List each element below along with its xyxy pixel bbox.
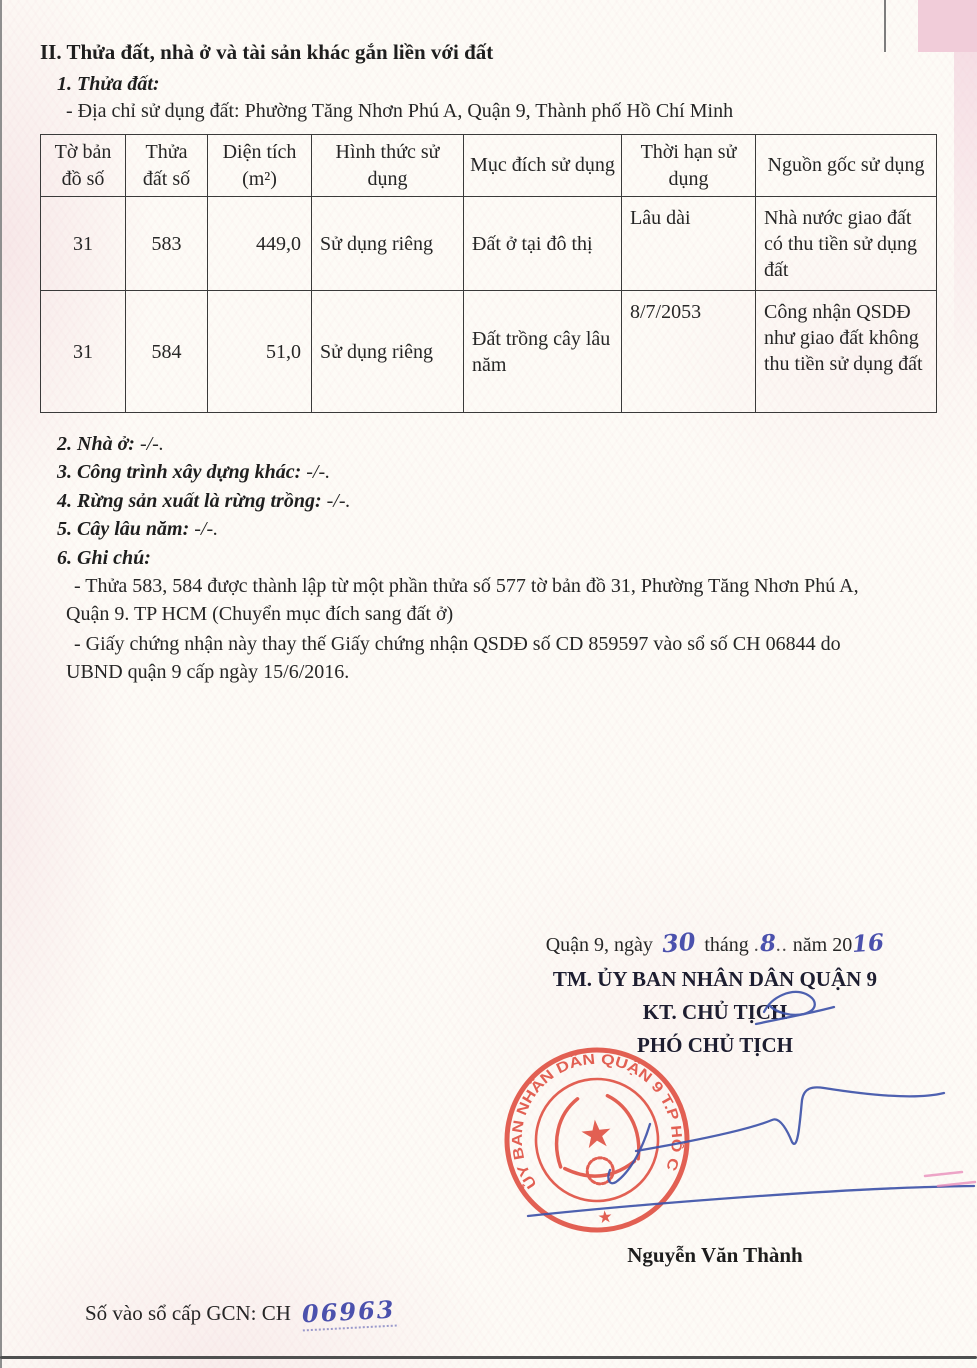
registration-line: Số vào sổ cấp GCN: CH 06963 <box>85 1297 396 1329</box>
scanned-land-certificate-page: II. Thửa đất, nhà ở và tài sản khác gắn … <box>0 0 977 1368</box>
section-3-label: 3. Công trình xây dựng khác: <box>57 461 301 483</box>
scan-edge-bottom <box>0 1356 977 1359</box>
section-ii-title: II. Thửa đất, nhà ở và tài sản khác gắn … <box>40 40 493 65</box>
emblem-star-icon: ★ <box>577 1112 615 1157</box>
section-2-label: 2. Nhà ở: <box>57 433 135 455</box>
col-header-area: Diện tích (m²) <box>208 135 312 197</box>
section-5-value: -/-. <box>194 518 218 540</box>
col-header-parcel-no: Thửa đất số <box>126 135 208 197</box>
section-6-label: 6. Ghi chú: <box>57 547 151 569</box>
handwritten-year: 16 <box>851 929 885 958</box>
handwritten-month: 8 <box>759 930 776 958</box>
cell-area: 51,0 <box>208 291 312 413</box>
note-parcel-origin: - Thửa 583, 584 được thành lập từ một ph… <box>66 572 892 628</box>
col-header-map-sheet: Tờ bản đồ số <box>41 135 126 197</box>
pink-scan-mark-2 <box>938 1182 975 1186</box>
cell-use-purpose: Đất ở tại đô thị <box>464 197 622 291</box>
cell-use-form: Sử dụng riêng <box>312 291 464 413</box>
col-header-use-purpose: Mục đích sử dụng <box>464 135 622 197</box>
scan-corner-pink-patch <box>918 0 977 52</box>
cell-use-term: 8/7/2053 <box>622 291 756 413</box>
seal-bottom-star-icon: ★ <box>597 1207 614 1227</box>
cell-origin: Công nhận QSDĐ như giao đất không thu ti… <box>756 291 937 413</box>
notes-block: - Thửa 583, 584 được thành lập từ một ph… <box>66 572 892 688</box>
section-2-house: 2. Nhà ở: -/-. <box>57 430 351 458</box>
col-header-origin: Nguồn gốc sử dụng <box>756 135 937 197</box>
kt-chairman-line: KT. CHỦ TỊCH <box>470 996 960 1029</box>
authority-line: TM. ỦY BAN NHÂN DÂN QUẬN 9 <box>470 963 960 996</box>
cell-map-sheet: 31 <box>41 197 126 291</box>
cell-parcel-no: 583 <box>126 197 208 291</box>
emblem-ribbon <box>565 1161 636 1179</box>
section-4-value: -/-. <box>327 490 351 512</box>
cell-parcel-no: 584 <box>126 291 208 413</box>
section-5-perennial: 5. Cây lâu năm: -/-. <box>57 515 351 543</box>
date-line: Quận 9, ngày 30 tháng .8.. năm 2016 <box>470 928 960 957</box>
date-year-prefix: năm 20 <box>793 934 852 956</box>
cell-use-form: Sử dụng riêng <box>312 197 464 291</box>
section-4-label: 4. Rừng sản xuất là rừng trồng: <box>57 490 322 512</box>
parcel-row-583: 31 583 449,0 Sử dụng riêng Đất ở tại đô … <box>41 197 937 291</box>
date-prefix: Quận 9, ngày <box>546 934 653 956</box>
section-4-forest: 4. Rừng sản xuất là rừng trồng: -/-. <box>57 487 351 515</box>
cell-map-sheet: 31 <box>41 291 126 413</box>
signature-block: Quận 9, ngày 30 tháng .8.. năm 2016 TM. … <box>470 928 960 1062</box>
official-red-seal: ỦY BAN NHÂN DÂN QUẬN 9 T.P HỒ CHÍ MINH ★… <box>500 1043 694 1237</box>
pink-scan-mark-1 <box>925 1172 962 1176</box>
note-certificate-replacement: - Giấy chứng nhận này thay thế Giấy chứn… <box>66 630 892 686</box>
cell-origin: Nhà nước giao đất có thu tiền sử dụng đấ… <box>756 197 937 291</box>
scan-right-pink-strip <box>954 52 977 372</box>
cell-use-purpose: Đất trồng cây lâu năm <box>464 291 622 413</box>
signer-name: Nguyễn Văn Thành <box>470 1243 960 1268</box>
land-address-line: - Địa chỉ sử dụng đất: Phường Tăng Nhơn … <box>66 100 733 123</box>
parcel-row-584: 31 584 51,0 Sử dụng riêng Đất trồng cây … <box>41 291 937 413</box>
section-3-value: -/-. <box>306 461 330 483</box>
handwritten-registration-number: 06963 <box>301 1295 396 1332</box>
col-header-use-form: Hình thức sử dụng <box>312 135 464 197</box>
section-2-value: -/-. <box>140 433 164 455</box>
cell-area: 449,0 <box>208 197 312 291</box>
month-dots-post: .. <box>776 934 788 956</box>
cell-use-term: Lâu dài <box>622 197 756 291</box>
parcel-table: Tờ bản đồ số Thửa đất số Diện tích (m²) … <box>40 134 937 413</box>
registration-label: Số vào sổ cấp GCN: CH <box>85 1301 291 1325</box>
emblem-cog <box>586 1157 615 1186</box>
section-6-notes: 6. Ghi chú: <box>57 544 351 572</box>
section-5-label: 5. Cây lâu năm: <box>57 518 189 540</box>
scan-corner-line <box>884 0 886 52</box>
subsection-1-label: 1. Thửa đất: <box>57 73 160 96</box>
date-month-label: tháng <box>704 934 748 956</box>
numbered-sections: 2. Nhà ở: -/-. 3. Công trình xây dựng kh… <box>57 430 351 572</box>
scan-edge-left <box>0 0 2 1368</box>
parcel-table-header-row: Tờ bản đồ số Thửa đất số Diện tích (m²) … <box>41 135 937 197</box>
col-header-use-term: Thời hạn sử dụng <box>622 135 756 197</box>
section-3-other-construction: 3. Công trình xây dựng khác: -/-. <box>57 458 351 486</box>
handwritten-day: 30 <box>661 927 697 959</box>
